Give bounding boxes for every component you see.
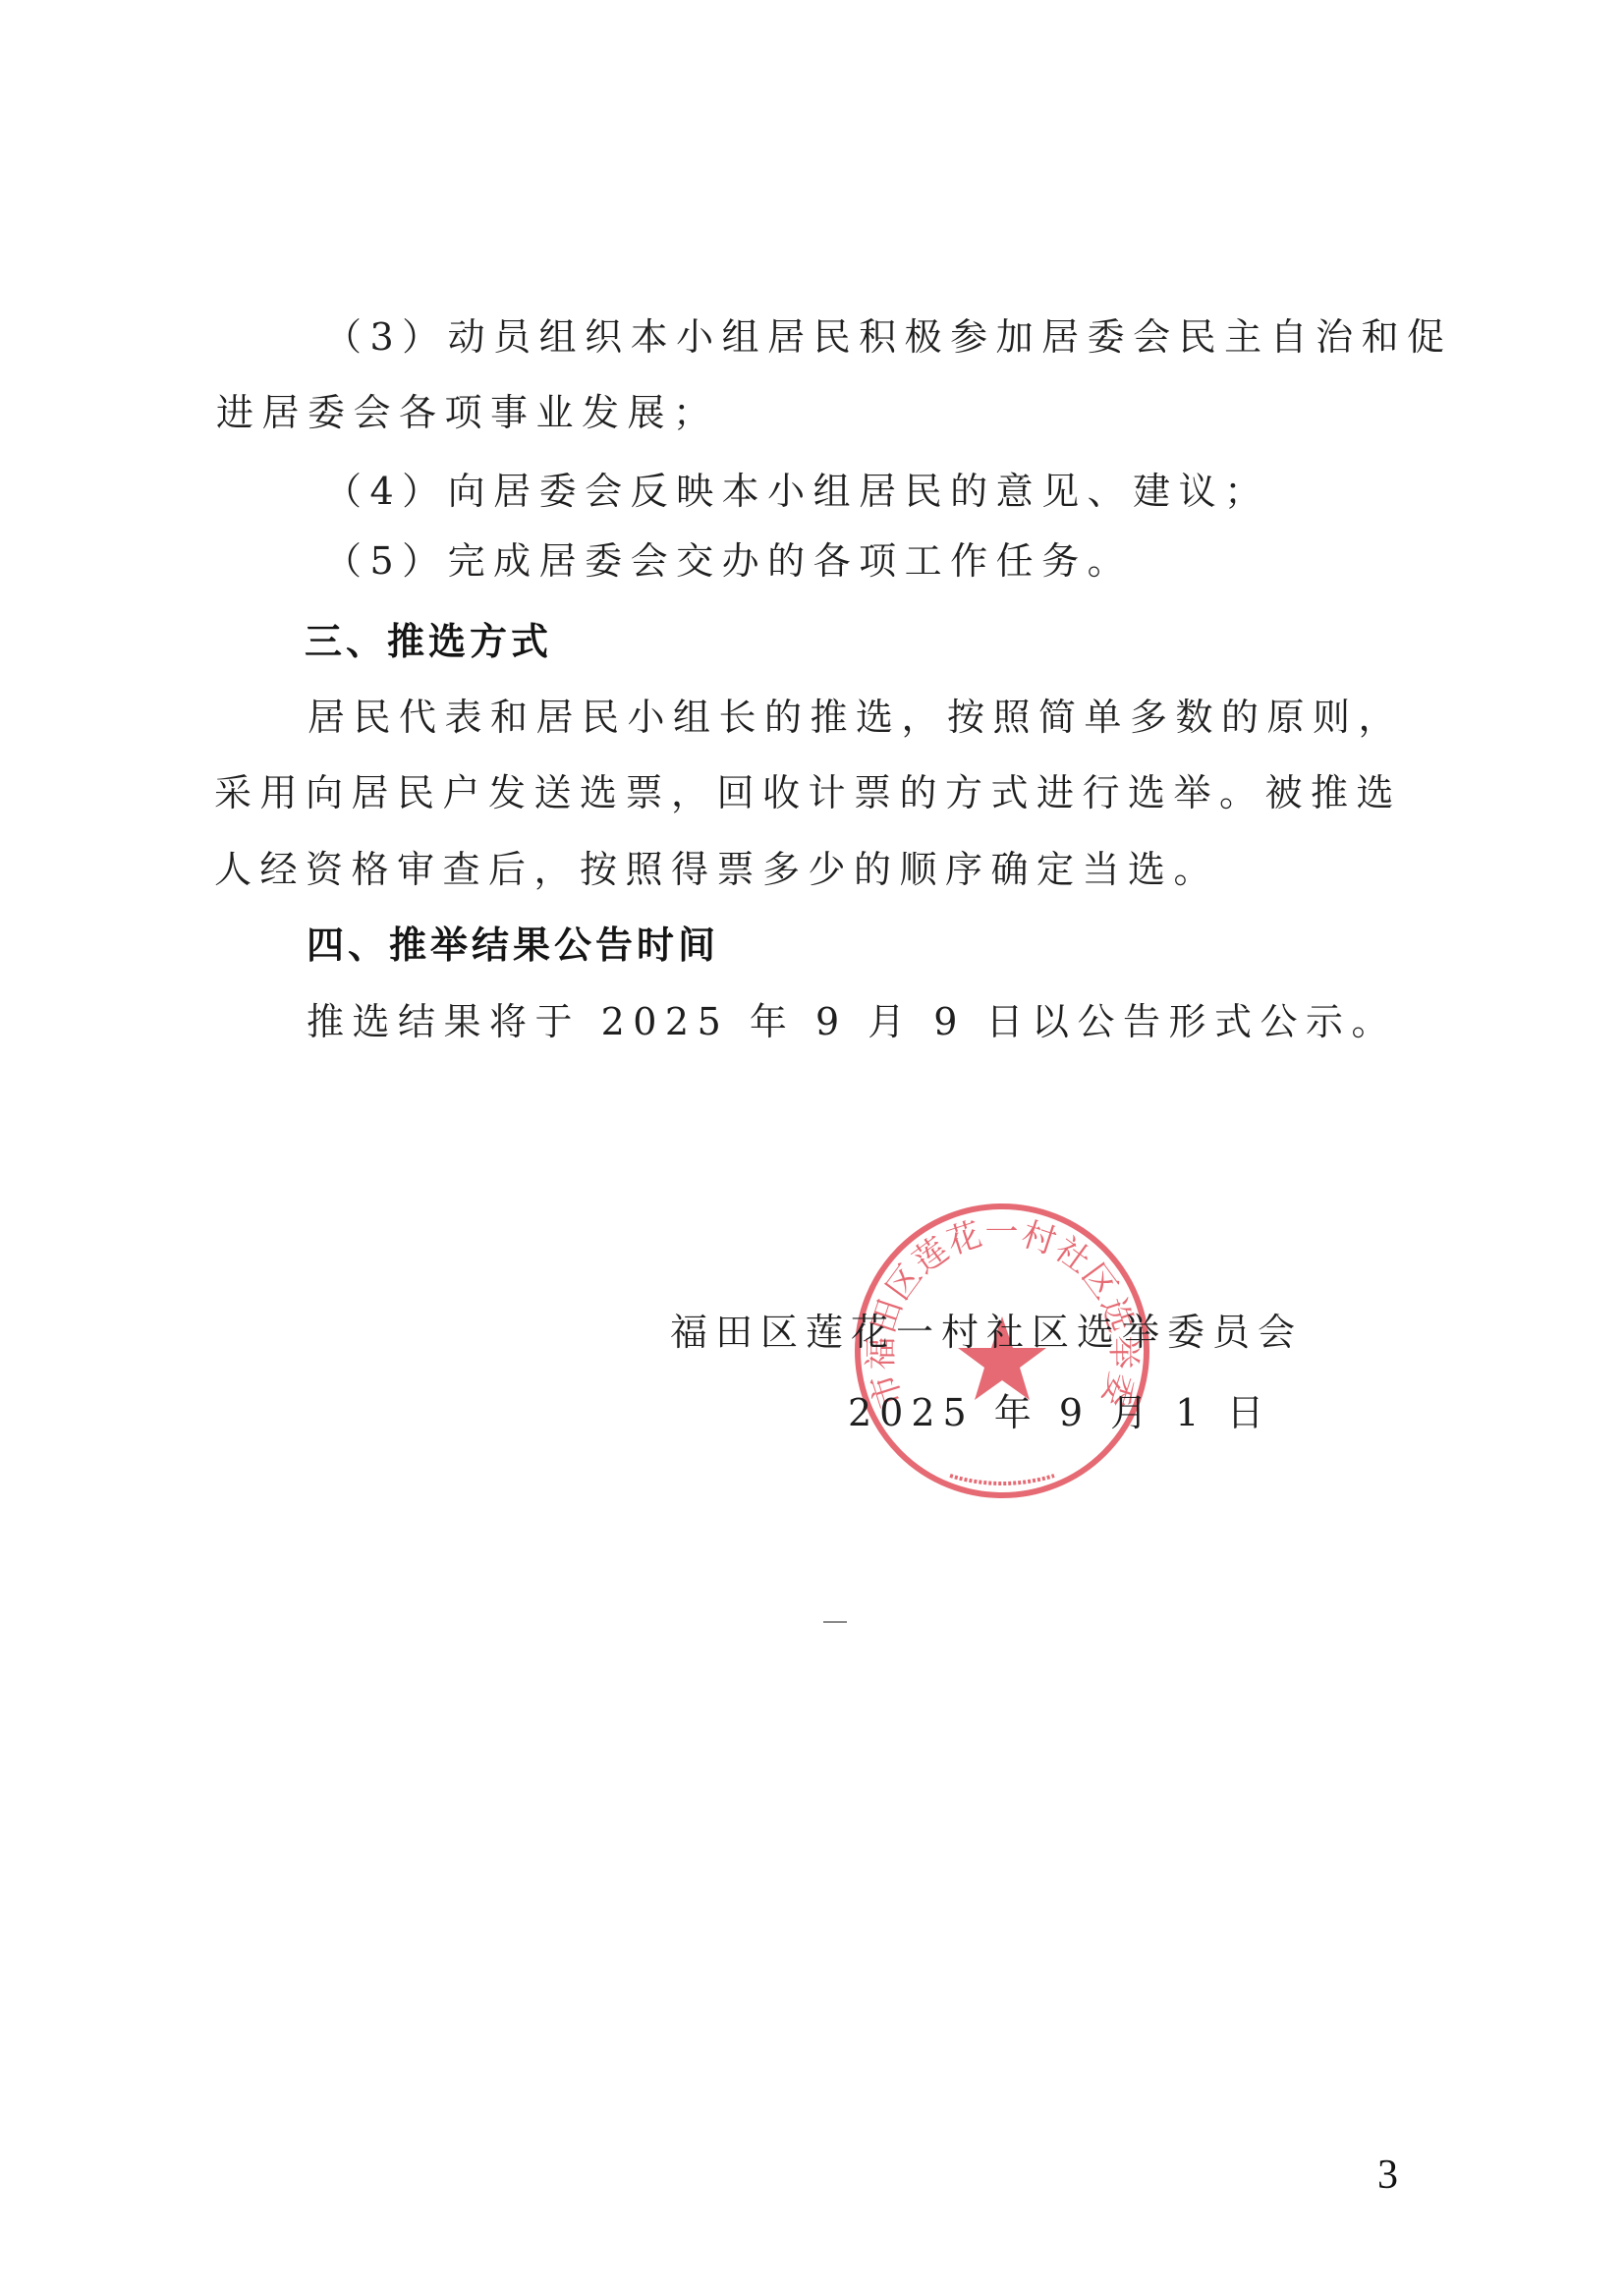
section-4-paragraph: 推选结果将于 2025 年 9 月 9 日以公告形式公示。 — [307, 999, 1397, 1044]
section-3-heading: 三、推选方式 — [305, 619, 552, 664]
list-item-4: （4）向居委会反映本小组居民的意见、建议； — [324, 469, 1270, 514]
section-4-heading: 四、推举结果公告时间 — [307, 923, 719, 968]
list-item-3-line-2: 进居委会各项事业发展； — [216, 390, 719, 435]
section-3-paragraph-line-2: 采用向居民户发送选票，回收计票的方式进行选举。被推选 — [214, 770, 1402, 815]
section-3-paragraph-line-3: 人经资格审查后，按照得票多少的顺序确定当选。 — [214, 847, 1219, 892]
document-page: （3）动员组织本小组居民积极参加居委会民主自治和促 进居委会各项事业发展； （4… — [0, 0, 1624, 2295]
section-3-paragraph-line-1: 居民代表和居民小组长的推选，按照简单多数的原则， — [308, 695, 1404, 740]
page-number: 3 — [1377, 2152, 1398, 2199]
signature-date: 2025 年 9 月 1 日 — [848, 1390, 1271, 1435]
list-item-5: （5）完成居委会交办的各项工作任务。 — [324, 538, 1133, 584]
list-item-3-line-1: （3）动员组织本小组居民积极参加居委会民主自治和促 — [324, 314, 1453, 360]
signature-organization: 福田区莲花一村社区选举委员会 — [670, 1310, 1303, 1355]
scan-artifact-dash — [823, 1621, 847, 1623]
